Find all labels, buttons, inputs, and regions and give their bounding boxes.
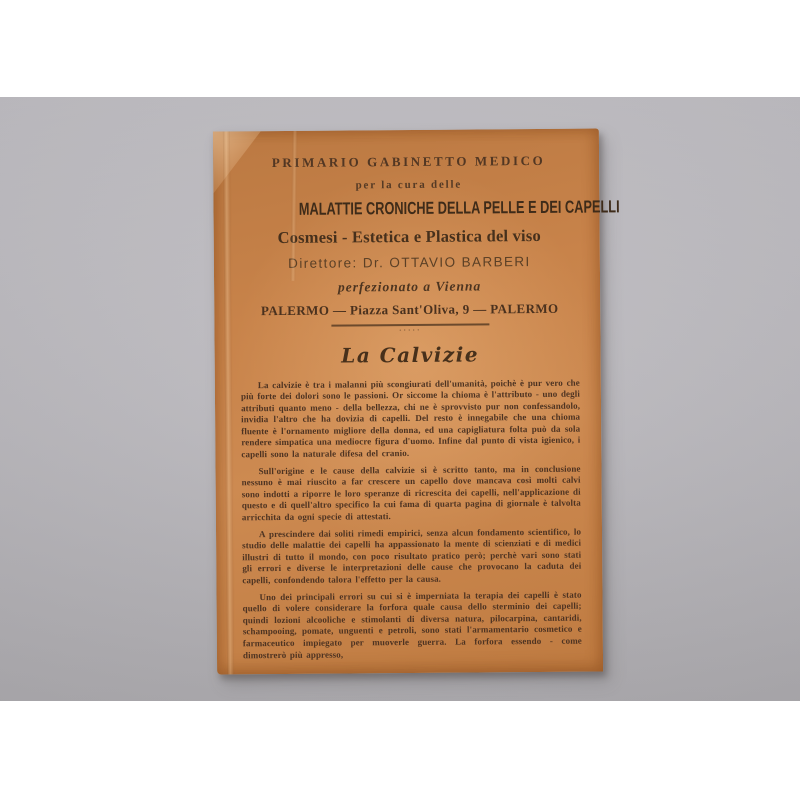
paper-left-crease	[223, 131, 234, 674]
training-line: perfezionato a Vienna	[240, 278, 579, 297]
body-paragraph-1: La calvizie è tra i malanni più scongiur…	[241, 377, 581, 461]
pamphlet-body: La calvizie è tra i malanni più scongiur…	[241, 377, 582, 661]
photo-frame: PRIMARIO GABINETTO MEDICO per la cura de…	[0, 0, 800, 800]
photo-background: PRIMARIO GABINETTO MEDICO per la cura de…	[0, 97, 800, 701]
pamphlet-header: PRIMARIO GABINETTO MEDICO per la cura de…	[239, 153, 580, 368]
section-title: La Calvizie	[241, 341, 580, 368]
main-title-wrap: MALATTIE CRONICHE DELLA PELLE E DEI CAPE…	[239, 197, 578, 221]
clinic-name: PRIMARIO GABINETTO MEDICO	[239, 153, 578, 172]
director-line: Direttore: Dr. OTTAVIO BARBERI	[240, 254, 579, 272]
body-paragraph-4: Uno dei principali errori su cui si è im…	[242, 589, 582, 661]
divider-ornament: ·····	[240, 325, 579, 334]
cure-tagline: per la cura delle	[239, 178, 578, 193]
body-paragraph-2: Sull'origine e le cause della calvizie s…	[242, 463, 581, 524]
body-paragraph-3: A prescindere dai soliti rimedi empirici…	[242, 526, 581, 587]
subtitle: Cosmesi - Estetica e Plastica del viso	[240, 226, 579, 249]
address-line: PALERMO — Piazza Sant'Oliva, 9 — PALERMO	[240, 301, 579, 320]
pamphlet-paper: PRIMARIO GABINETTO MEDICO per la cura de…	[213, 128, 603, 674]
main-title: MALATTIE CRONICHE DELLA PELLE E DEI CAPE…	[299, 196, 620, 220]
